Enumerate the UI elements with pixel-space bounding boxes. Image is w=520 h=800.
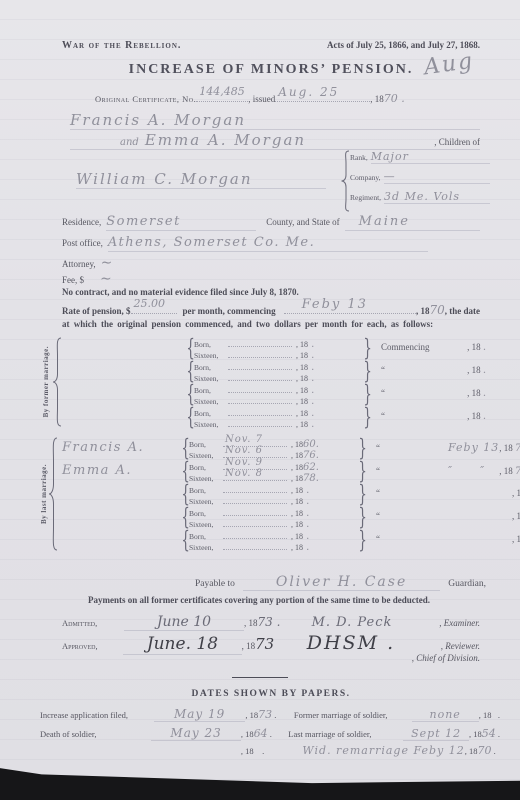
born-label: Born, (189, 509, 223, 518)
header-right: Acts of July 25, 1866, and July 27, 1868… (327, 40, 480, 51)
born-field (228, 337, 292, 347)
rank-field: Major (371, 150, 490, 164)
born-year: . (308, 385, 314, 396)
child-name-1: Francis A. Morgan (70, 111, 480, 130)
last-rows: Francis A. { Born, Nov. 7 , 1860. Sixtee… (58, 436, 520, 552)
child-entry-row: { Born, , 18 . Sixteen, , 18 . (63, 382, 486, 405)
regiment-value: 3d Me. Vols (384, 190, 460, 203)
rate-field: 25.00 (131, 303, 177, 314)
former-marriage-group: By former marriage. { Born, , 18 . (40, 336, 486, 428)
soldier-name: William C. Morgan (76, 170, 326, 189)
commencing-year: . (483, 365, 486, 376)
year-prefix: , 18 (245, 710, 258, 720)
commencing-cell: “ , 18 . (371, 365, 486, 376)
sixteen-field (228, 417, 292, 427)
commencing-value: ″ ″ (448, 464, 499, 477)
child-entry-name: Emma A. (58, 463, 180, 478)
state-field: Maine (345, 212, 480, 231)
reviewer-signature: DHSM . (307, 632, 395, 654)
sixteen-line: Sixteen, , 18 . (189, 540, 357, 551)
rank-label: Rank, (350, 153, 368, 162)
born-line: Born, , 18 . (194, 406, 362, 417)
approved-year-prefix: , 18 (242, 641, 256, 651)
commencing-label: “ (381, 388, 453, 398)
sixteen-label: Sixteen, (189, 497, 223, 506)
issued-label: , issued (248, 94, 275, 104)
born-year: . (303, 508, 309, 519)
former-rows: { Born, , 18 . Sixteen, , 18 . (63, 336, 486, 428)
rate-line2: at which the original pension commenced,… (62, 319, 480, 329)
sixteen-field (228, 394, 292, 404)
rate-label: Rate of pension, $ (62, 306, 131, 316)
admitted-date: June 10 (124, 614, 244, 631)
sixteen-field (223, 540, 287, 550)
state-value: Maine (359, 214, 410, 229)
commencing-year-prefix: , 18 (467, 342, 481, 352)
open-brace: { (181, 526, 187, 554)
rate-year-prefix: , 18 (416, 306, 430, 316)
commencing-label: “ (376, 511, 448, 521)
commencing-year-prefix: , 18 (467, 365, 481, 375)
born-year-prefix: , 18 (291, 509, 303, 518)
company-row: Company, — (350, 170, 490, 190)
sixteen-year: . (303, 542, 309, 553)
year-prefix: , 18 (469, 729, 482, 739)
sixteen-year-prefix: , 18 (296, 420, 308, 429)
sixteen-year-prefix: , 18 (291, 520, 303, 529)
sixteen-line: Sixteen, , 18 . (189, 494, 357, 505)
born-line: Born, Nov. 7 , 1860. (189, 437, 357, 448)
born-line: Born, , 18 . (194, 383, 362, 394)
sixteen-label: Sixteen, (189, 474, 223, 483)
sixteen-label: Sixteen, (194, 351, 228, 360)
born-line: Born, , 18 . (194, 337, 362, 348)
period: . (262, 746, 264, 756)
sixteen-label: Sixteen, (194, 374, 228, 383)
fee-field: ∼ (100, 270, 160, 288)
death-year: 64 (254, 727, 268, 740)
year-prefix: , 18 (479, 710, 492, 720)
sixteen-line: Sixteen, , 18 . (194, 394, 362, 405)
form-title: INCREASE OF MINORS’ PENSION. (62, 62, 480, 78)
period: . (498, 729, 500, 739)
examiner-role: , Examiner. (394, 618, 480, 628)
fee-value: ∼ (100, 271, 112, 287)
payments-note: Payments on all former certificates cove… (88, 595, 480, 605)
attorney-value: ∼ (101, 255, 113, 271)
sixteen-line: Sixteen, , 18 . (194, 417, 362, 428)
sixteen-year-prefix: , 18 (291, 497, 303, 506)
chief-of-division-role: , Chief of Division. (62, 653, 480, 663)
born-year: 60. (303, 439, 319, 450)
sixteen-label: Sixteen, (189, 451, 223, 460)
fee-row: Fee, $ ∼ (62, 270, 480, 288)
child-name-2: Emma A. Morgan (145, 131, 434, 149)
born-year: . (308, 408, 314, 419)
commencing-cell: “ ″ ″ , 18 70. (366, 464, 520, 477)
sixteen-year-prefix: , 18 (291, 451, 303, 460)
period: . (494, 746, 496, 756)
document-paper: War of the Rebellion. Acts of July 25, 1… (0, 0, 520, 787)
sixteen-field (228, 371, 292, 381)
former-group-brace (52, 336, 63, 428)
papers-row-2: Death of soldier, May 23 , 1864 . Last m… (40, 726, 500, 741)
header-left: War of the Rebellion. (62, 40, 181, 51)
commencing-year-prefix: , 18 (512, 488, 520, 498)
born-value: Nov. 9 (225, 457, 263, 468)
commencing-cell: Commencing , 18 . (371, 342, 486, 353)
company-field: — (384, 170, 490, 184)
child-entry-row: Francis A. { Born, Nov. 7 , 1860. Sixtee… (58, 436, 520, 459)
born-field (228, 383, 292, 393)
papers-title: DATES SHOWN BY PAPERS. (62, 689, 480, 699)
child-entry-row: { Born, , 18 . Sixteen, , 18 . (58, 505, 520, 528)
last-marriage-rotated-label: By last marriage. (40, 436, 48, 552)
increase-filed-date: May 19 (154, 707, 245, 722)
sixteen-field (223, 494, 287, 504)
born-year-prefix: , 18 (291, 532, 303, 541)
sixteen-line: Sixteen, Nov. 6 , 1876. (189, 448, 357, 459)
approved-label: Approved, (62, 641, 123, 651)
close-brace: } (358, 526, 364, 554)
commencing-cell: “ , 18 . (366, 511, 520, 522)
section-divider (232, 677, 288, 678)
born-year: . (308, 362, 314, 373)
commencing-cell: “ , 18 . (371, 388, 486, 399)
born-field (223, 483, 287, 493)
examiner-signature: M. D. Peck (310, 615, 394, 630)
company-value: — (384, 170, 396, 183)
death-of-soldier-label: Death of soldier, (40, 729, 151, 739)
sixteen-year-prefix: , 18 (296, 397, 308, 406)
rank-value: Major (371, 150, 409, 163)
payable-row: Payable to Oliver H. Case Guardian, (195, 574, 486, 591)
regiment-label: Regiment, (350, 193, 381, 202)
commencing-cell: “ Feby 13 , 18 70. (366, 441, 520, 454)
last-marriage-label: Last marriage of soldier, (288, 729, 403, 739)
rank-row: Rank, Major (350, 150, 490, 170)
former-marriage-value: none (412, 708, 479, 722)
open-brace: { (186, 403, 192, 431)
year-prefix: , 18 (241, 746, 254, 756)
child-entry-row: Emma A. { Born, Nov. 9 , 1862. Sixteen, … (58, 459, 520, 482)
rate-row: Rate of pension, $ 25.00 per month, comm… (62, 303, 480, 317)
commencing-label: “ (376, 488, 448, 498)
sixteen-label: Sixteen, (189, 543, 223, 552)
former-marriage-label: Former marriage of soldier, (294, 710, 412, 720)
born-value: Nov. 7 (225, 434, 263, 445)
born-year: 62. (303, 462, 319, 473)
born-year-prefix: , 18 (291, 486, 303, 495)
commencing-year-prefix: , 18 (499, 443, 513, 453)
rate-year: 70 (429, 303, 444, 317)
born-year-prefix: , 18 (296, 386, 308, 395)
children-of-label: , Children of (434, 137, 480, 147)
year-prefix: , 18 (465, 746, 478, 756)
child-entry-row: { Born, , 18 . Sixteen, , 18 . (63, 336, 486, 359)
sixteen-label: Sixteen, (194, 420, 228, 429)
born-label: Born, (194, 363, 228, 372)
born-year-prefix: , 18 (291, 463, 303, 472)
brace-glyph (52, 337, 62, 427)
sixteen-value: Nov. 8 (225, 468, 263, 479)
born-label: Born, (189, 440, 223, 449)
commencing-label: “ (376, 443, 448, 453)
born-field (223, 529, 287, 539)
sixteen-label: Sixteen, (189, 520, 223, 529)
last-marriage-year: 54 (482, 727, 496, 740)
rate-suffix: , the date (445, 306, 480, 316)
commencing-year-prefix: , 18 (512, 511, 520, 521)
sixteen-label: Sixteen, (194, 397, 228, 406)
no-contract-note: No contract, and no material evidence fi… (62, 287, 480, 297)
commencing-label: “ (381, 411, 453, 421)
commencing-year: 70. (515, 466, 520, 477)
period: . (498, 710, 500, 720)
sixteen-value: Nov. 6 (225, 445, 263, 456)
post-office-value: Athens, Somerset Co. Me. (108, 235, 315, 250)
born-year: . (303, 485, 309, 496)
commencing-cell: “ , 18 . (371, 411, 486, 422)
payable-name: Oliver H. Case (243, 574, 440, 591)
child-name-2-row: and Emma A. Morgan , Children of (70, 131, 480, 150)
admitted-year: 73 . (258, 615, 281, 629)
child-entry-row: { Born, , 18 . Sixteen, , 18 . (63, 359, 486, 382)
fee-label: Fee, $ (62, 275, 84, 285)
rate-mid-label: per month, commencing (183, 306, 276, 316)
born-field (228, 360, 292, 370)
born-field (223, 506, 287, 516)
sixteen-line: Sixteen, , 18 . (194, 371, 362, 382)
issued-year: 70 . (384, 92, 405, 105)
commencing-year: . (483, 411, 486, 422)
born-label: Born, (189, 486, 223, 495)
born-line: Born, , 18 . (189, 529, 357, 540)
post-office-row: Post office, Athens, Somerset Co. Me. (62, 233, 480, 252)
born-field (228, 406, 292, 416)
child-entry-name: Francis A. (58, 440, 180, 455)
sixteen-field (228, 348, 292, 358)
commencing-year: 70. (515, 443, 520, 454)
residence-row: Residence, Somerset County, and State of… (62, 212, 480, 231)
sixteen-field (223, 517, 287, 527)
papers-row-1: Increase application filed, May 19 , 187… (40, 707, 500, 722)
sixteen-year-prefix: , 18 (296, 374, 308, 383)
sixteen-line: Sixteen, , 18 . (194, 348, 362, 359)
sixteen-year-prefix: , 18 (291, 474, 303, 483)
born-line: Born, , 18 . (189, 483, 357, 494)
increase-filed-label: Increase application filed, (40, 710, 154, 720)
post-office-field: Athens, Somerset Co. Me. (108, 233, 428, 252)
sixteen-year-prefix: , 18 (296, 351, 308, 360)
post-office-label: Post office, (62, 238, 103, 248)
born-label: Born, (189, 463, 223, 472)
service-brace (340, 150, 350, 212)
commencing-label: Commencing (381, 342, 453, 352)
born-year-prefix: , 18 (296, 340, 308, 349)
approved-date: June. 18 (123, 634, 241, 655)
born-label: Born, (194, 386, 228, 395)
admitted-year-prefix: , 18 (244, 618, 258, 628)
reviewer-role: , Reviewer. (395, 641, 480, 651)
born-label: Born, (194, 409, 228, 418)
last-marriage-value: Sept 12 (403, 727, 469, 741)
sixteen-year: . (308, 419, 314, 430)
attorney-label: Attorney, (62, 259, 96, 269)
commencing-year: . (483, 388, 486, 399)
certificate-label: Original Certificate, No. (95, 94, 196, 104)
last-group-brace (48, 436, 58, 552)
commencing-cell: “ , 18 . (366, 488, 520, 499)
commencing-value: Feby 13 (448, 441, 499, 454)
last-marriage-group: By last marriage. Francis A. { Born, Nov… (40, 436, 486, 552)
commencing-label: “ (381, 365, 453, 375)
commencing-year-prefix: , 18 (499, 466, 513, 476)
commencing-year-prefix: , 18 (467, 388, 481, 398)
county-state-label: County, and State of (266, 217, 339, 227)
residence-value: Somerset (106, 214, 181, 229)
issued-date-field: Aug. 25 (275, 91, 370, 102)
child-entry-row: { Born, , 18 . Sixteen, , 18 . (58, 528, 520, 551)
increase-filed-year: 73 (258, 708, 272, 721)
widow-remarriage-year: 70 (478, 744, 492, 757)
widow-remarriage-value: Wid. remarriage Feby 12 (302, 744, 464, 757)
period: . (270, 729, 272, 739)
approved-year: 73 (255, 635, 274, 653)
admitted-label: Admitted, (62, 618, 124, 628)
child-entry-row: { Born, , 18 . Sixteen, , 18 . (58, 482, 520, 505)
born-line: Born, , 18 . (194, 360, 362, 371)
regiment-row: Regiment, 3d Me. Vols (350, 190, 490, 210)
born-year: . (308, 339, 314, 350)
child-entry-row: { Born, , 18 . Sixteen, , 18 . (63, 405, 486, 428)
residence-field: Somerset (106, 212, 256, 231)
sixteen-field: Nov. 8 (223, 471, 287, 481)
death-of-soldier-date: May 23 (151, 726, 240, 741)
sixteen-line: Sixteen, Nov. 8 , 1878. (189, 471, 357, 482)
rate-date-field: Feby 13 (284, 303, 416, 314)
born-year: . (303, 531, 309, 542)
certificate-number: 144,485 (199, 85, 245, 98)
admitted-row: Admitted, June 10 , 1873 . M. D. Peck , … (62, 613, 480, 631)
sixteen-year-prefix: , 18 (291, 543, 303, 552)
commencing-label: “ (376, 466, 448, 476)
rate-value: 25.00 (134, 297, 166, 310)
service-block: Rank, Major Company, — Regiment, 3d Me. … (340, 150, 490, 212)
year-prefix: , 18 (241, 729, 254, 739)
issued-date: Aug. 25 (278, 85, 339, 99)
approved-row: Approved, June. 18 , 1873 DHSM . , Revie… (62, 632, 480, 655)
certificate-line: Original Certificate, No. 144,485 , issu… (95, 91, 405, 105)
born-line: Born, , 18 . (189, 506, 357, 517)
born-label: Born, (189, 532, 223, 541)
header-row: War of the Rebellion. Acts of July 25, 1… (62, 40, 480, 51)
rate-date: Feby 13 (302, 297, 368, 312)
commencing-cell: “ , 18 . (366, 534, 520, 545)
born-year-prefix: , 18 (291, 440, 303, 449)
commencing-label: “ (376, 534, 448, 544)
born-label: Born, (194, 340, 228, 349)
born-year-prefix: , 18 (296, 409, 308, 418)
regiment-field: 3d Me. Vols (384, 190, 490, 204)
born-year-prefix: , 18 (296, 363, 308, 372)
born-line: Born, Nov. 9 , 1862. (189, 460, 357, 471)
commencing-year-prefix: , 18 (467, 411, 481, 421)
commencing-year-prefix: , 18 (512, 534, 520, 544)
company-label: Company, (350, 173, 381, 182)
brace-glyph (48, 437, 58, 551)
close-brace: } (363, 403, 369, 431)
certificate-number-field: 144,485 (196, 91, 248, 102)
and-word: and (120, 137, 139, 148)
residence-label: Residence, (62, 217, 101, 227)
period: . (274, 710, 276, 720)
sixteen-line: Sixteen, , 18 . (189, 517, 357, 528)
issued-year-prefix: , 18 (370, 94, 384, 104)
papers-row-3: , 18 . Wid. remarriage Feby 12 , 1870 . (40, 744, 500, 757)
former-marriage-rotated-label: By former marriage. (40, 336, 52, 428)
commencing-year: . (483, 342, 486, 353)
guardian-label: Guardian, (448, 579, 486, 589)
payable-label: Payable to (195, 579, 235, 589)
